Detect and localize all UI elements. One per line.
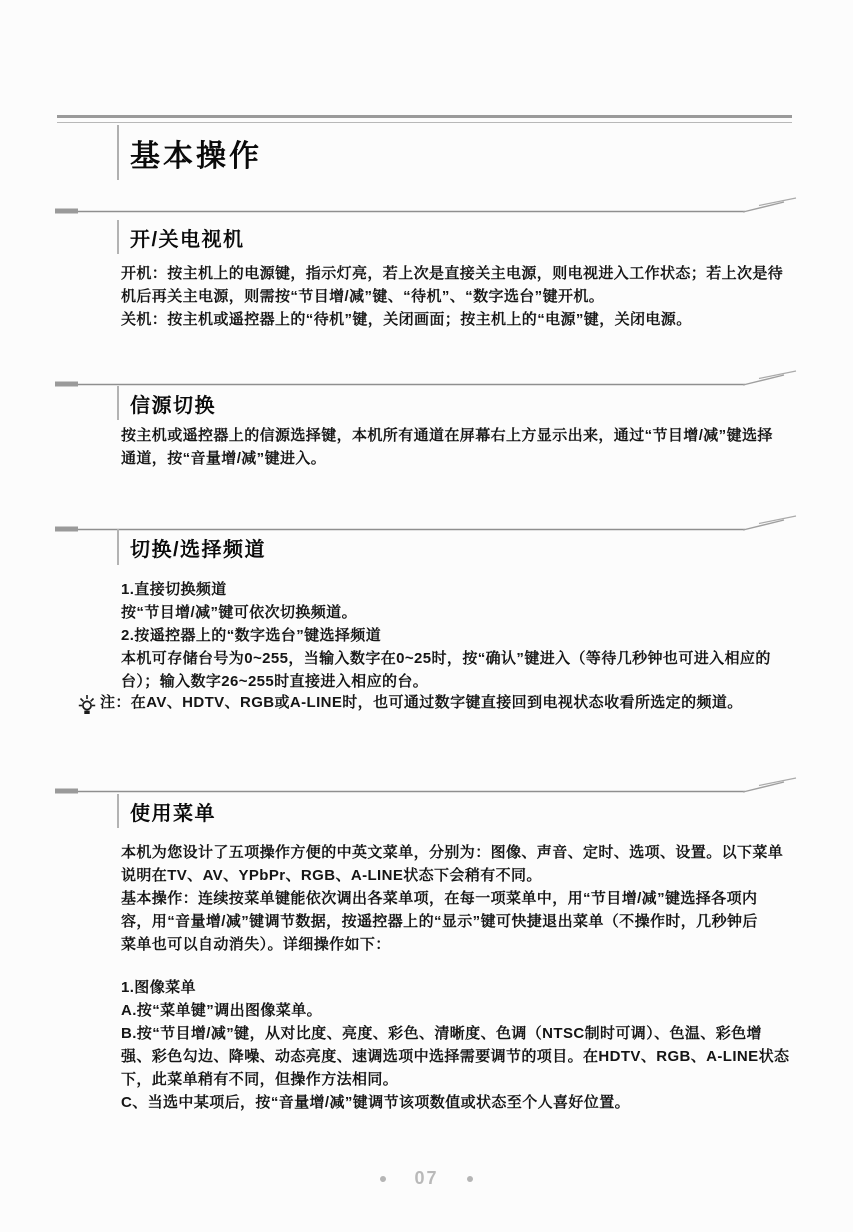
section-body-menu-picture: 1.图像菜单 A.按“菜单键”调出图像菜单。 B.按“节目增/减”键，从对比度、… xyxy=(121,976,789,1114)
page-number: 07 xyxy=(414,1168,438,1189)
section-body-channel: 1.直接切换频道 按“节目增/减”键可依次切换频道。 2.按遥控器上的“数字选台… xyxy=(121,578,771,693)
top-double-rule xyxy=(57,115,792,123)
footer-dot-icon xyxy=(380,1176,386,1182)
body-line: 下，此菜单稍有不同，但操作方法相同。 xyxy=(121,1068,789,1091)
section-body-menu: 本机为您设计了五项操作方便的中英文菜单，分别为：图像、声音、定时、选项、设置。以… xyxy=(121,841,783,956)
body-line: 台）；输入数字26~255时直接进入相应的台。 xyxy=(121,670,771,693)
body-line: 1.直接切换频道 xyxy=(121,578,771,601)
section-body-source: 按主机或遥控器上的信源选择键，本机所有通道在屏幕右上方显示出来，通过“节目增/减… xyxy=(121,424,773,470)
section-heading-text: 信源切换 xyxy=(130,389,216,418)
body-line: 说明在TV、AV、YPbPr、RGB、A-LINE状态下会稍有不同。 xyxy=(121,864,783,887)
body-line: 2.按遥控器上的“数字选台”键选择频道 xyxy=(121,624,771,647)
body-line: 本机为您设计了五项操作方便的中英文菜单，分别为：图像、声音、定时、选项、设置。以… xyxy=(121,841,783,864)
footer-dot-icon xyxy=(467,1176,473,1182)
body-line: 按主机或遥控器上的信源选择键，本机所有通道在屏幕右上方显示出来，通过“节目增/减… xyxy=(121,424,773,447)
body-line: 机后再关主电源，则需按“节目增/减”键、“待机”、“数字选台”键开机。 xyxy=(121,285,783,308)
section-heading-menu: 使用菜单 xyxy=(117,794,216,828)
body-line: 菜单也可以自动消失）。详细操作如下： xyxy=(121,933,783,956)
body-line: A.按“菜单键”调出图像菜单。 xyxy=(121,999,789,1022)
page-title-block: 基本操作 xyxy=(117,125,262,180)
section-heading-channel: 切换/选择频道 xyxy=(117,529,266,565)
section-divider xyxy=(55,195,800,219)
body-line: 本机可存储台号为0~255，当输入数字在0~25时，按“确认”键进入（等待几秒钟… xyxy=(121,647,771,670)
page-title: 基本操作 xyxy=(130,131,262,175)
section-heading-power: 开/关电视机 xyxy=(117,220,245,254)
note-text: 注：在AV、HDTV、RGB或A-LINE时，也可通过数字键直接回到电视状态收看… xyxy=(100,692,743,714)
body-line: 1.图像菜单 xyxy=(121,976,789,999)
bulb-icon xyxy=(78,694,96,716)
body-line: B.按“节目增/减”键，从对比度、亮度、彩色、清晰度、色调（NTSC制时可调）、… xyxy=(121,1022,789,1045)
manual-page: 基本操作 开/关电视机 开机：按主机上的电源键，指示灯亮，若上次是直接关主电源，… xyxy=(0,0,853,1232)
body-line: 容，用“音量增/减”键调节数据，按遥控器上的“显示”键可快捷退出菜单（不操作时，… xyxy=(121,910,783,933)
section-heading-text: 切换/选择频道 xyxy=(130,533,266,562)
body-line: 强、彩色勾边、降噪、动态亮度、速调选项中选择需要调节的项目。在HDTV、RGB、… xyxy=(121,1045,789,1068)
page-footer: 07 xyxy=(0,1168,853,1189)
section-heading-text: 开/关电视机 xyxy=(130,223,245,252)
body-line: 通道，按“音量增/减”键进入。 xyxy=(121,447,773,470)
body-line: 关机：按主机或遥控器上的“待机”键，关闭画面；按主机上的“电源”键，关闭电源。 xyxy=(121,308,783,331)
section-body-power: 开机：按主机上的电源键，指示灯亮，若上次是直接关主电源，则电视进入工作状态；若上… xyxy=(121,262,783,331)
section-heading-text: 使用菜单 xyxy=(130,797,216,826)
body-line: C、当选中某项后，按“音量增/减”键调节该项数值或状态至个人喜好位置。 xyxy=(121,1091,789,1114)
body-line: 基本操作：连续按菜单键能依次调出各菜单项，在每一项菜单中，用“节目增/减”键选择… xyxy=(121,887,783,910)
note-row: 注：在AV、HDTV、RGB或A-LINE时，也可通过数字键直接回到电视状态收看… xyxy=(78,692,743,716)
body-line: 按“节目增/减”键可依次切换频道。 xyxy=(121,601,771,624)
section-heading-source: 信源切换 xyxy=(117,386,216,420)
body-line: 开机：按主机上的电源键，指示灯亮，若上次是直接关主电源，则电视进入工作状态；若上… xyxy=(121,262,783,285)
